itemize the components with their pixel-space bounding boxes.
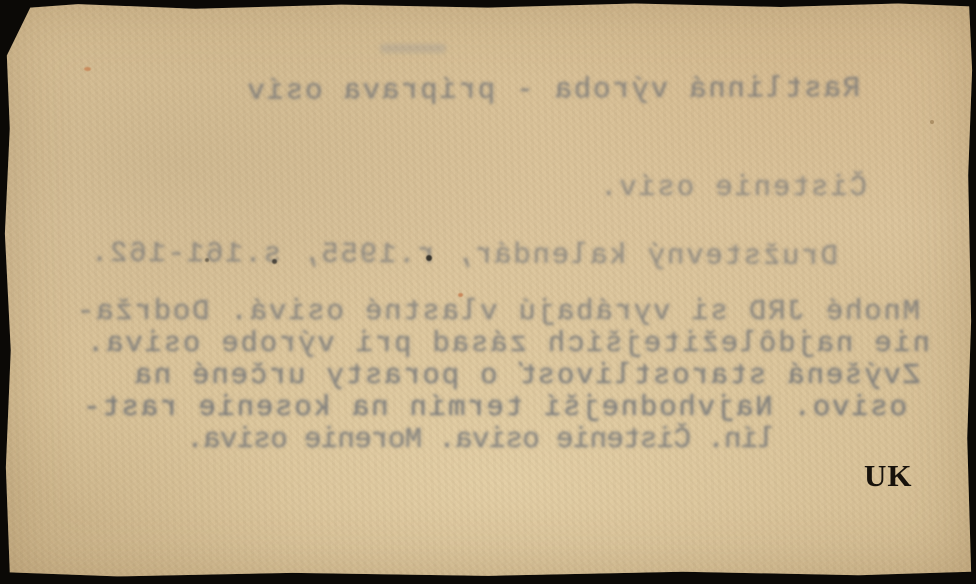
library-stamp-uk: UK: [864, 458, 913, 494]
mirrored-bleedthrough-layer: Rastlinná výroba - príprava osív Čisteni…: [0, 0, 976, 584]
ink-dot: [426, 255, 432, 261]
paper-speck: [84, 67, 91, 71]
mirrored-text-line: osivo. Najvhodnejší termín na kosenie ra…: [81, 391, 907, 424]
mirrored-text-line: Družstevný kalendár, r.1955, s.161-162.: [89, 237, 838, 273]
scanned-card-image: Rastlinná výroba - príprava osív Čisteni…: [0, 0, 976, 584]
ink-dot: [272, 259, 277, 264]
index-card-paper: Rastlinná výroba - príprava osív Čisteni…: [0, 0, 976, 584]
ink-dot: [205, 258, 209, 262]
mirrored-text-line: Čistenie osív.: [598, 171, 867, 204]
mirrored-text-line: lín. Čistenie osiva. Morenie osiva.: [187, 423, 775, 456]
mirrored-text-line: Zvýšená starostlivosť o porasty určené n…: [133, 359, 920, 392]
mirrored-text-line: Rastlinná výroba - príprava osív: [246, 72, 861, 108]
faint-ink-smudge: [380, 44, 446, 53]
paper-speck: [930, 120, 934, 124]
mirrored-text-line: Mnohé JRD si vyrábajú vlastné osivá. Dod…: [75, 295, 920, 328]
paper-speck: [458, 293, 463, 297]
mirrored-text-line: nie najdôležitejších zásad pri výrobe os…: [85, 327, 930, 360]
